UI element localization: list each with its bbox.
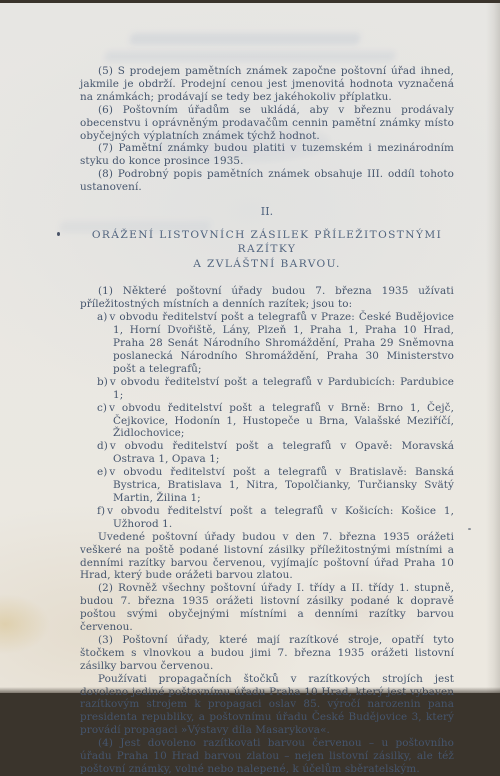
- list-marker: e): [97, 466, 107, 478]
- list-text: v obvodu ředitelství pošt a telegrafů v …: [110, 440, 454, 465]
- paper-edge-shadow: [486, 3, 500, 693]
- section-paragraph-3: (3) Poštovní úřady, které mají razítkové…: [80, 634, 454, 673]
- section-paragraph-uvedene: Uvedené poštovní úřady budou v den 7. bř…: [80, 531, 454, 583]
- list-text: v obvodu ředitelství pošt a telegrafů v …: [109, 466, 454, 504]
- intro-paragraph-7: (7) Pamětní známky budou platiti v tuzem…: [80, 142, 454, 168]
- document-page: (5) S prodejem pamětních známek započne …: [0, 3, 500, 693]
- list-marker: d): [97, 440, 108, 452]
- ink-speck: [468, 528, 471, 530]
- section-paragraph-2: (2) Rovněž všechny poštovní úřady I. tří…: [80, 582, 454, 634]
- document-content: (5) S prodejem pamětních známek započne …: [80, 65, 454, 697]
- showthrough-artifact: [129, 33, 361, 45]
- list-text: v obvodu ředitelství pošt a telegrafů v …: [109, 402, 454, 440]
- list-item-d: d)v obvodu ředitelství pošt a telegrafů …: [80, 440, 454, 466]
- section-title: ORÁŽENÍ LISTOVNÍCH ZÁSILEK PŘÍLEŽITOSTNÝ…: [80, 228, 454, 272]
- list-marker: a): [97, 311, 107, 323]
- list-item-c: c)v obvodu ředitelství pošt a telegrafů …: [80, 402, 454, 441]
- list-text: v obvodu ředitelství pošt a telegrafů v …: [107, 505, 454, 530]
- intro-paragraph-8: (8) Podrobný popis pamětních známek obsa…: [80, 168, 454, 194]
- section-paragraph-1: (1) Některé poštovní úřady budou 7. břez…: [80, 285, 454, 311]
- section-paragraph-pouzivati: Používati propagačních štočků v razítkov…: [80, 673, 454, 697]
- section-number: II.: [80, 206, 454, 219]
- intro-paragraph-6: (6) Poštovním úřadům se ukládá, aby v bř…: [80, 104, 454, 143]
- list-item-f: f)v obvodu ředitelství pošt a telegrafů …: [80, 505, 454, 531]
- paper-edge-shadow: [0, 687, 500, 693]
- section-title-line1: ORÁŽENÍ LISTOVNÍCH ZÁSILEK PŘÍLEŽITOSTNÝ…: [92, 229, 442, 256]
- intro-paragraph-5: (5) S prodejem pamětních známek započne …: [80, 65, 454, 104]
- list-item-a: a)v obvodu ředitelství pošt a telegrafů …: [80, 311, 454, 376]
- ink-speck: [57, 232, 60, 236]
- list-marker: f): [97, 505, 105, 517]
- list-text: v obvodu ředitelství pošt a telegrafů v …: [110, 376, 454, 401]
- list-item-e: e)v obvodu ředitelství pošt a telegrafů …: [80, 466, 454, 505]
- list-item-b: b)v obvodu ředitelství pošt a telegrafů …: [80, 376, 454, 402]
- list-marker: c): [97, 402, 107, 414]
- list-text: v obvodu ředitelství pošt a telegrafů v …: [109, 311, 454, 375]
- list-marker: b): [97, 376, 108, 388]
- section-title-line2: A ZVLÁŠTNÍ BARVOU.: [193, 258, 341, 270]
- showthrough-artifact: [104, 51, 396, 62]
